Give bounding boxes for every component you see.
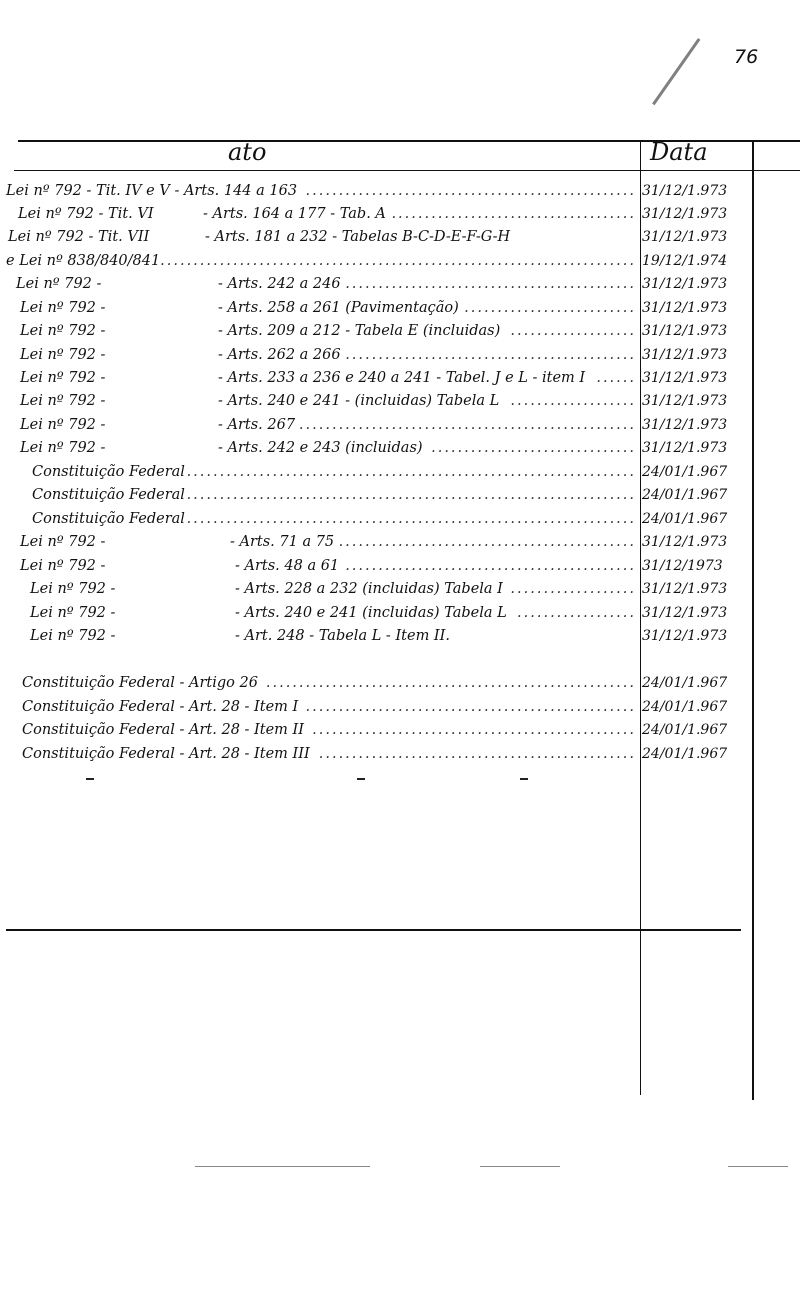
ato-lei-text: Constituição Federal - Art. 28 - Item II [22, 719, 304, 741]
data-cell: 31/12/1.973 [642, 273, 752, 295]
ato-cell: Lei nº 792 -- Arts. 71 a 75.............… [0, 531, 640, 553]
leader-dots: .......................... [464, 297, 636, 319]
ato-detail-text: - Arts. 242 e 243 (incluidas) [218, 437, 423, 459]
page-number-stroke [652, 38, 700, 105]
data-cell: 24/01/1.967 [642, 696, 752, 718]
ato-cell: Lei nº 792 -- Arts. 233 a 236 e 240 a 24… [0, 367, 640, 389]
ato-cell: Lei nº 792 -- Arts. 48 a 61.............… [0, 555, 640, 577]
ato-lei-text: Lei nº 792 - [30, 578, 115, 600]
ato-lei-text: Constituição Federal - Artigo 26 [22, 672, 258, 694]
data-cell: 24/01/1.967 [642, 672, 752, 694]
table-row: Constituição Federal - Art. 28 - Item I.… [0, 696, 800, 718]
ato-detail-text: - Arts. 233 a 236 e 240 a 241 - Tabel. J… [218, 367, 585, 389]
data-cell: 24/01/1.967 [642, 484, 752, 506]
ato-lei-text: Lei nº 792 - [30, 602, 115, 624]
ato-cell: Lei nº 792 -- Arts. 240 e 241 (incluidas… [0, 602, 640, 624]
table-row: Lei nº 792 - Tit. IV e V - Arts. 144 a 1… [0, 180, 800, 202]
header-ato: ato [228, 138, 266, 166]
ato-cell: Constituição Federal - Artigo 26........… [0, 672, 640, 694]
page-number-text: 76 [734, 46, 758, 68]
leader-dots: ........................................… [306, 696, 636, 718]
ato-cell: Lei nº 792 -- Arts. 242 a 246...........… [0, 273, 640, 295]
leader-dots: ........................................… [306, 180, 636, 202]
table-row: e Lei nº 838/840/841....................… [0, 250, 800, 272]
table-row: Lei nº 792 -- Arts. 228 a 232 (incluidas… [0, 578, 800, 600]
ato-lei-text: Lei nº 792 - [20, 531, 105, 553]
page-number: 76 [690, 28, 780, 98]
table-row: Lei nº 792 -- Arts. 267.................… [0, 414, 800, 436]
table-row: Lei nº 792 -- Arts. 258 a 261 (Pavimenta… [0, 297, 800, 319]
ato-cell: Lei nº 792 -- Art. 248 - Tabela L - Item… [0, 625, 640, 647]
table-row: Lei nº 792 - Tit. VII- Arts. 181 a 232 -… [0, 226, 800, 248]
ato-detail-text: - Arts. 48 a 61 [235, 555, 339, 577]
ato-lei-text: Lei nº 792 - [20, 390, 105, 412]
table-row: Lei nº 792 -- Arts. 48 a 61.............… [0, 555, 800, 577]
leader-dots: ........................................… [299, 414, 636, 436]
table-row: Constituição Federal....................… [0, 461, 800, 483]
footer-scan-line [480, 1166, 560, 1167]
ato-lei-text: Constituição Federal [32, 484, 185, 506]
ato-lei-text: Lei nº 792 - [30, 625, 115, 647]
ato-cell: Lei nº 792 -- Arts. 209 a 212 - Tabela E… [0, 320, 640, 342]
data-cell: 31/12/1.973 [642, 578, 752, 600]
data-cell: 24/01/1.967 [642, 461, 752, 483]
table-row: Constituição Federal - Art. 28 - Item II… [0, 719, 800, 741]
table-row: Constituição Federal - Art. 28 - Item II… [0, 743, 800, 765]
ato-lei-text: Lei nº 792 - [16, 273, 101, 295]
ato-lei-text: Constituição Federal - Art. 28 - Item II… [22, 743, 310, 765]
ato-detail-text: - Arts. 240 e 241 - (incluidas) Tabela L [218, 390, 499, 412]
leader-dots: ........................................… [345, 273, 636, 295]
ato-detail-text: - Arts. 71 a 75 [230, 531, 334, 553]
ato-detail-text: - Arts. 258 a 261 (Pavimentação) [218, 297, 459, 319]
ato-detail-text: - Art. 248 - Tabela L - Item II. [235, 625, 450, 647]
table-row: Lei nº 792 -- Arts. 242 e 243 (incluidas… [0, 437, 800, 459]
leader-dots: ........................................… [345, 344, 636, 366]
leader-dots: ........................................… [160, 250, 636, 272]
ato-detail-text: - Arts. 228 a 232 (incluidas) Tabela I [235, 578, 503, 600]
leader-dots: ........................................… [339, 531, 636, 553]
table-row: Lei nº 792 -- Arts. 262 a 266...........… [0, 344, 800, 366]
ato-cell: Lei nº 792 - Tit. IV e V - Arts. 144 a 1… [0, 180, 640, 202]
data-cell: 31/12/1.973 [642, 203, 752, 225]
table-row: Lei nº 792 -- Arts. 242 a 246...........… [0, 273, 800, 295]
ato-cell: Lei nº 792 -- Arts. 262 a 266...........… [0, 344, 640, 366]
ato-cell: e Lei nº 838/840/841....................… [0, 250, 640, 272]
ato-cell: Constituição Federal - Art. 28 - Item I.… [0, 696, 640, 718]
leader-dots: ........................................… [312, 719, 636, 741]
table-row: Lei nº 792 - Tit. VI- Arts. 164 a 177 - … [0, 203, 800, 225]
leader-dots: ........................................… [187, 484, 636, 506]
table-row: Constituição Federal....................… [0, 484, 800, 506]
leader-dots: ........................................… [266, 672, 636, 694]
data-cell: 31/12/1973 [642, 555, 752, 577]
data-cell: 24/01/1.967 [642, 508, 752, 530]
table-row: Lei nº 792 -- Arts. 209 a 212 - Tabela E… [0, 320, 800, 342]
data-cell: 31/12/1.973 [642, 367, 752, 389]
ato-lei-text: e Lei nº 838/840/841 [6, 250, 160, 272]
separator-mark [520, 778, 528, 780]
data-cell: 31/12/1.973 [642, 437, 752, 459]
leader-dots: ...... [596, 367, 636, 389]
separator-mark [86, 778, 94, 780]
ato-lei-text: Lei nº 792 - [20, 437, 105, 459]
ato-lei-text: Lei nº 792 - [20, 414, 105, 436]
leader-dots: .................. [517, 602, 636, 624]
ato-lei-text: Lei nº 792 - Tit. VII [8, 226, 149, 248]
table-row: Constituição Federal - Artigo 26........… [0, 672, 800, 694]
table-row: Lei nº 792 -- Arts. 240 e 241 (incluidas… [0, 602, 800, 624]
ato-lei-text: Lei nº 792 - Tit. IV e V - Arts. 144 a 1… [6, 180, 297, 202]
leader-dots: ................... [510, 320, 636, 342]
ato-cell: Lei nº 792 -- Arts. 228 a 232 (incluidas… [0, 578, 640, 600]
ato-detail-text: - Arts. 240 e 241 (incluidas) Tabela L [235, 602, 507, 624]
ato-lei-text: Constituição Federal [32, 508, 185, 530]
ato-cell: Constituição Federal....................… [0, 508, 640, 530]
header-data: Data [650, 138, 708, 166]
leader-dots: ............................... [431, 437, 636, 459]
ato-detail-text: - Arts. 164 a 177 - Tab. A [203, 203, 386, 225]
data-cell: 31/12/1.973 [642, 531, 752, 553]
ato-cell: Constituição Federal - Art. 28 - Item II… [0, 719, 640, 741]
ato-detail-text: - Arts. 267 [218, 414, 295, 436]
header-bottom-rule [14, 170, 800, 171]
leader-dots: ........................................… [345, 555, 636, 577]
data-cell: 31/12/1.973 [642, 180, 752, 202]
ato-cell: Lei nº 792 -- Arts. 240 e 241 - (incluid… [0, 390, 640, 412]
ato-lei-text: Lei nº 792 - [20, 320, 105, 342]
ato-lei-text: Constituição Federal - Art. 28 - Item I [22, 696, 298, 718]
ato-lei-text: Lei nº 792 - [20, 367, 105, 389]
data-cell: 31/12/1.973 [642, 344, 752, 366]
ato-cell: Lei nº 792 -- Arts. 242 e 243 (incluidas… [0, 437, 640, 459]
data-cell: 31/12/1.973 [642, 297, 752, 319]
leader-dots: ........................................… [319, 743, 636, 765]
ato-detail-text: - Arts. 181 a 232 - Tabelas B-C-D-E-F-G-… [205, 226, 510, 248]
ato-cell: Lei nº 792 -- Arts. 258 a 261 (Pavimenta… [0, 297, 640, 319]
leader-dots: ................... [510, 390, 636, 412]
data-cell: 31/12/1.973 [642, 625, 752, 647]
ato-detail-text: - Arts. 209 a 212 - Tabela E (incluidas) [218, 320, 500, 342]
separator-mark [357, 778, 365, 780]
table-bottom-rule [6, 929, 741, 931]
table-row: Lei nº 792 -- Art. 248 - Tabela L - Item… [0, 625, 800, 647]
ato-cell: Constituição Federal - Art. 28 - Item II… [0, 743, 640, 765]
ato-cell: Lei nº 792 - Tit. VII- Arts. 181 a 232 -… [0, 226, 640, 248]
ato-detail-text: - Arts. 242 a 246 [218, 273, 341, 295]
data-cell: 24/01/1.967 [642, 743, 752, 765]
leader-dots: ........................................… [187, 508, 636, 530]
data-cell: 31/12/1.973 [642, 320, 752, 342]
ato-cell: Lei nº 792 -- Arts. 267.................… [0, 414, 640, 436]
ato-lei-text: Lei nº 792 - [20, 555, 105, 577]
leader-dots: ........................................… [187, 461, 636, 483]
data-cell: 24/01/1.967 [642, 719, 752, 741]
ato-lei-text: Lei nº 792 - [20, 344, 105, 366]
leader-dots: ..................................... [391, 203, 636, 225]
footer-scan-line [195, 1166, 370, 1167]
table-row: Lei nº 792 -- Arts. 71 a 75.............… [0, 531, 800, 553]
data-cell: 31/12/1.973 [642, 226, 752, 248]
ato-lei-text: Lei nº 792 - Tit. VI [18, 203, 154, 225]
table-row: Constituição Federal....................… [0, 508, 800, 530]
data-cell: 31/12/1.973 [642, 414, 752, 436]
ato-cell: Lei nº 792 - Tit. VI- Arts. 164 a 177 - … [0, 203, 640, 225]
data-cell: 31/12/1.973 [642, 390, 752, 412]
table-row: Lei nº 792 -- Arts. 240 e 241 - (incluid… [0, 390, 800, 412]
ato-lei-text: Constituição Federal [32, 461, 185, 483]
ato-detail-text: - Arts. 262 a 266 [218, 344, 341, 366]
footer-scan-line [728, 1166, 788, 1167]
ato-cell: Constituição Federal....................… [0, 461, 640, 483]
leader-dots: ................... [510, 578, 636, 600]
data-cell: 31/12/1.973 [642, 602, 752, 624]
table-row: Lei nº 792 -- Arts. 233 a 236 e 240 a 24… [0, 367, 800, 389]
ato-lei-text: Lei nº 792 - [20, 297, 105, 319]
ato-cell: Constituição Federal....................… [0, 484, 640, 506]
data-cell: 19/12/1.974 [642, 250, 752, 272]
